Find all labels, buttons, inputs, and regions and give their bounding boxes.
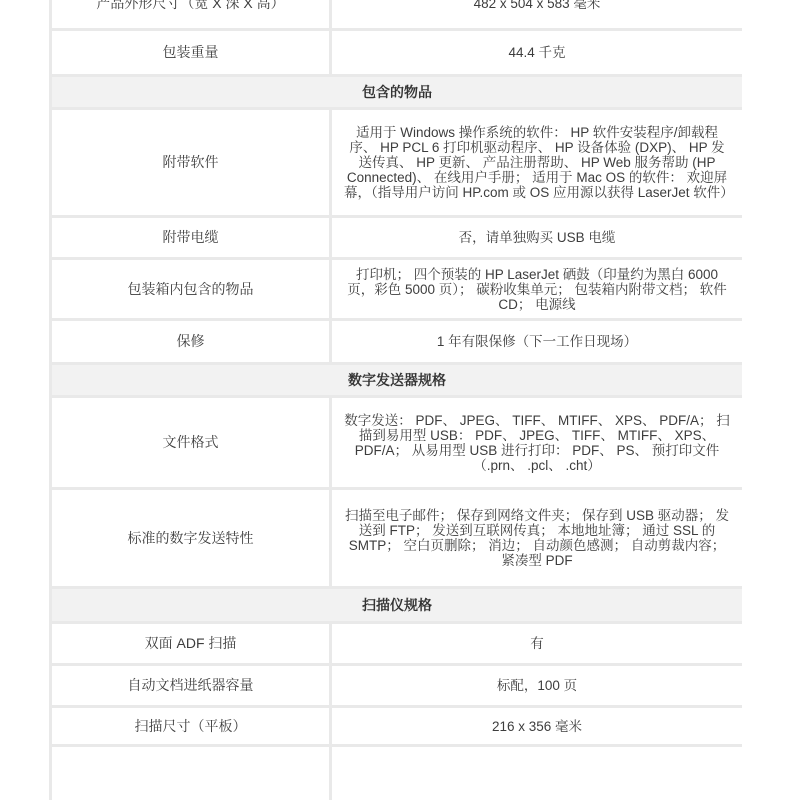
spec-label: 双面 ADF 扫描 <box>145 635 237 652</box>
spec-value: 1 年有限保修（下一工作日现场） <box>437 334 637 349</box>
spec-value-cell: 数字发送： PDF、 JPEG、 TIFF、 MTIFF、 XPS、 PDF/A… <box>332 398 742 487</box>
spec-value: 482 x 504 x 583 毫米 <box>474 0 601 11</box>
spec-value-cell: 有 <box>332 624 742 663</box>
spec-value-cell: 打印机； 四个预装的 HP LaserJet 硒鼓（印量约为黑白 6000 页，… <box>332 260 742 318</box>
section-header-row: 数字发送器规格 <box>52 365 742 398</box>
spec-label-cell: 自动文档进纸器容量 <box>52 666 332 705</box>
spec-value-cell: 1 年有限保修（下一工作日现场） <box>332 321 742 362</box>
spec-row: 产品外形尺寸（宽 X 深 X 高）482 x 504 x 583 毫米 <box>52 0 742 31</box>
spec-label: 包装箱内包含的物品 <box>128 281 254 298</box>
spec-row: 附带电缆否，请单独购买 USB 电缆 <box>52 218 742 260</box>
section-title: 扫描仪规格 <box>362 595 432 615</box>
spec-value: 44.4 千克 <box>508 45 565 60</box>
spec-value: 数字发送： PDF、 JPEG、 TIFF、 MTIFF、 XPS、 PDF/A… <box>344 413 730 473</box>
spec-value-cell: 适用于 Windows 操作系统的软件： HP 软件安装程序/卸载程序、 HP … <box>332 110 742 215</box>
spec-label-cell: 附带电缆 <box>52 218 332 257</box>
spec-label: 扫描尺寸（平板） <box>135 718 247 735</box>
spec-value-cell: 否，请单独购买 USB 电缆 <box>332 218 742 257</box>
spec-label-cell: 扫描尺寸（平板） <box>52 708 332 744</box>
spec-value: 有 <box>530 636 544 651</box>
spec-label-cell: 产品外形尺寸（宽 X 深 X 高） <box>52 0 332 28</box>
spec-row: 保修1 年有限保修（下一工作日现场） <box>52 321 742 365</box>
spec-value: 标配，100 页 <box>497 678 577 693</box>
spec-value: 否，请单独购买 USB 电缆 <box>459 230 616 245</box>
spec-label: 自动文档进纸器容量 <box>128 677 254 694</box>
spec-label-cell <box>52 747 332 800</box>
spec-value-cell: 扫描至电子邮件； 保存到网络文件夹； 保存到 USB 驱动器； 发送到 FTP；… <box>332 490 742 586</box>
product-spec-page: 产品外形尺寸（宽 X 深 X 高）482 x 504 x 583 毫米包装重量4… <box>0 0 800 800</box>
spec-row <box>52 747 742 800</box>
spec-value-cell <box>332 747 742 800</box>
spec-value: 打印机； 四个预装的 HP LaserJet 硒鼓（印量约为黑白 6000 页，… <box>344 267 730 312</box>
section-title: 包含的物品 <box>362 82 432 102</box>
spec-value: 216 x 356 毫米 <box>492 719 582 734</box>
spec-label: 标准的数字发送特性 <box>128 530 254 547</box>
spec-value-cell: 44.4 千克 <box>332 31 742 74</box>
spec-value-cell: 482 x 504 x 583 毫米 <box>332 0 742 28</box>
section-header-row: 扫描仪规格 <box>52 589 742 624</box>
spec-row: 双面 ADF 扫描有 <box>52 624 742 666</box>
spec-value: 适用于 Windows 操作系统的软件： HP 软件安装程序/卸载程序、 HP … <box>344 125 730 200</box>
spec-row: 文件格式数字发送： PDF、 JPEG、 TIFF、 MTIFF、 XPS、 P… <box>52 398 742 490</box>
spec-label-cell: 包装重量 <box>52 31 332 74</box>
spec-label: 保修 <box>177 333 205 350</box>
spec-label-cell: 保修 <box>52 321 332 362</box>
spec-label: 附带软件 <box>163 154 219 171</box>
spec-label-cell: 双面 ADF 扫描 <box>52 624 332 663</box>
spec-label-cell: 附带软件 <box>52 110 332 215</box>
spec-row: 包装重量44.4 千克 <box>52 31 742 77</box>
spec-table: 产品外形尺寸（宽 X 深 X 高）482 x 504 x 583 毫米包装重量4… <box>49 0 742 800</box>
spec-value-cell: 标配，100 页 <box>332 666 742 705</box>
spec-label: 产品外形尺寸（宽 X 深 X 高） <box>96 0 284 12</box>
spec-row: 包装箱内包含的物品打印机； 四个预装的 HP LaserJet 硒鼓（印量约为黑… <box>52 260 742 321</box>
spec-row: 自动文档进纸器容量标配，100 页 <box>52 666 742 708</box>
spec-row: 附带软件适用于 Windows 操作系统的软件： HP 软件安装程序/卸载程序、… <box>52 110 742 218</box>
section-header-row: 包含的物品 <box>52 77 742 110</box>
section-title: 数字发送器规格 <box>348 370 446 390</box>
spec-row: 扫描尺寸（平板）216 x 356 毫米 <box>52 708 742 747</box>
spec-label: 附带电缆 <box>163 229 219 246</box>
spec-value: 扫描至电子邮件； 保存到网络文件夹； 保存到 USB 驱动器； 发送到 FTP；… <box>344 508 730 568</box>
spec-label: 文件格式 <box>163 434 219 451</box>
spec-row: 标准的数字发送特性扫描至电子邮件； 保存到网络文件夹； 保存到 USB 驱动器；… <box>52 490 742 589</box>
spec-label: 包装重量 <box>163 44 219 61</box>
spec-label-cell: 标准的数字发送特性 <box>52 490 332 586</box>
spec-value-cell: 216 x 356 毫米 <box>332 708 742 744</box>
spec-label-cell: 文件格式 <box>52 398 332 487</box>
spec-label-cell: 包装箱内包含的物品 <box>52 260 332 318</box>
